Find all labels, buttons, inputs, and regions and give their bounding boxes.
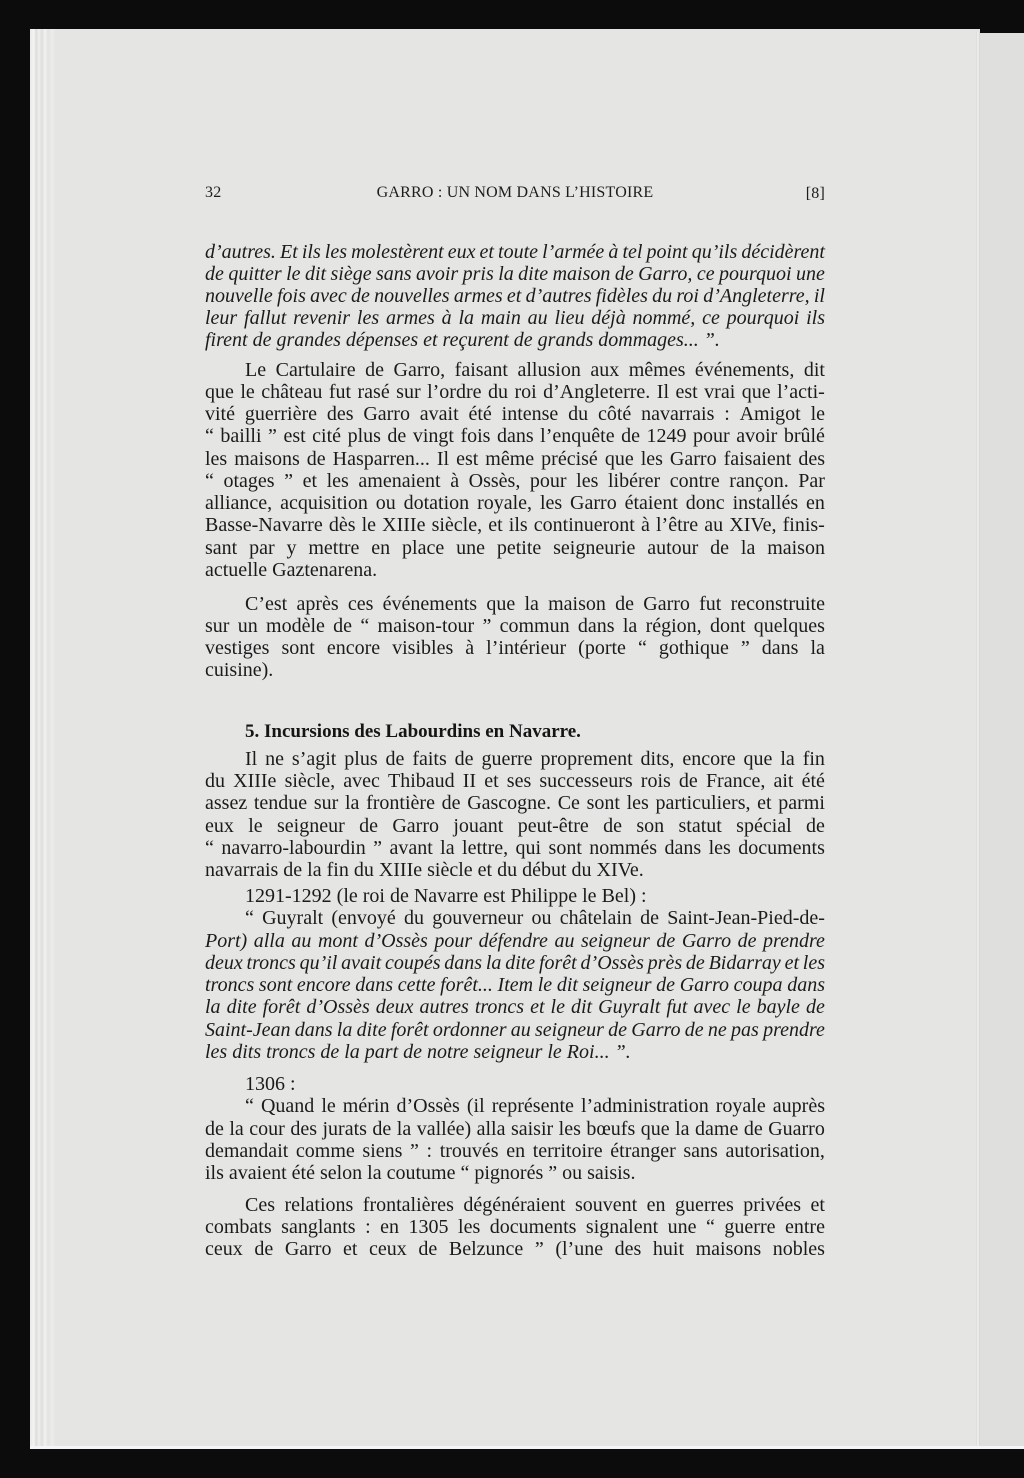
- quote-line: nouvellefoisavecdenouvellesarmesetd’autr…: [205, 285, 825, 307]
- text-line: ils avaient été selon la coutume “ pigno…: [205, 1162, 825, 1184]
- quote-line: d’autres.Etilslesmolestèrenteuxettoutel’…: [205, 241, 825, 263]
- text-line: navarrais de la fin du XIIIe siècle et d…: [205, 859, 825, 881]
- text-line: “Quandlemérind’Ossès(ilreprésentel’admin…: [245, 1095, 825, 1117]
- quote-line: leurfallutrevenirlesarmesàlamainaulieudé…: [205, 307, 825, 329]
- facing-page-edge: [980, 33, 1024, 1447]
- text-line: lesmaisonsdeHasparren...Ilestmêmeprécisé…: [205, 448, 825, 470]
- text-line: “navarro-labourdin”avantlalettre,quisont…: [205, 837, 825, 859]
- section-heading: 5. Incursions des Labourdins en Navarre.: [245, 721, 581, 743]
- text-line: ceuxdeGarroetceuxdeBelzunce”(l’unedeshui…: [205, 1238, 825, 1260]
- text-line: combatssanglants:en1305lesdocumentssigna…: [205, 1216, 825, 1238]
- text-line: Basse-NavarredèsleXIIIesiècle,etilsconti…: [205, 514, 825, 536]
- text-line: euxleseigneurdeGarrojouantpeut-êtredeson…: [205, 815, 825, 837]
- text-line: les dits troncs de la part de notre seig…: [205, 1041, 825, 1063]
- running-head: 32 GARRO : UN NOM DANS L’HISTOIRE [8]: [205, 184, 825, 208]
- text-line: Ilnes’agitplusdefaitsdeguerreproprementd…: [245, 748, 825, 770]
- text-line: “otages”etlesamenaientàOssès,pourleslibé…: [205, 470, 825, 492]
- text-line: Saint-Jeandansladiteforêtordonnerauseign…: [205, 1019, 825, 1041]
- text-line: vitéguerrièredesGarroavaitétéintenseducô…: [205, 403, 825, 425]
- text-line: demandaitcommesiens”:trouvésenterritoire…: [205, 1140, 825, 1162]
- page-bottom-edge: [30, 1446, 1024, 1449]
- text-line: C’estaprèscesévénementsquelamaisondeGarr…: [245, 593, 825, 615]
- text-line: alliance,acquisitionoudotationroyale,les…: [205, 492, 825, 514]
- text-line: vestigessontencorevisiblesàl’intérieur(p…: [205, 637, 825, 659]
- text-line: actuelle Gaztenarena.: [205, 559, 825, 581]
- text-line: quelechâteaufutrasésurl’ordreduroid’Angl…: [205, 381, 825, 403]
- text-line: laditeforêtd’Ossèsdeuxautrestroncsetledi…: [205, 996, 825, 1018]
- text-line: Cesrelationsfrontalièresdégénéraientsouv…: [245, 1194, 825, 1216]
- text-line: troncssontencoredanscetteforêt...Itemled…: [205, 974, 825, 996]
- text-line: santparymettreenplaceunepetiteseigneurie…: [205, 537, 825, 559]
- text-line: “Guyralt(envoyédugouverneurouchâtelainde…: [245, 907, 825, 929]
- quote-line: firent de grandes dépenses et reçurent d…: [205, 329, 825, 351]
- text-line: Port)allaaumontd’Ossèspourdéfendreauseig…: [205, 930, 825, 952]
- text-line: duXIIIesiècle,avecThibaudIIetsessuccesse…: [205, 770, 825, 792]
- entry-date-line: 1306 :: [245, 1073, 825, 1095]
- quote-line: dequitterleditsiègesansavoirprisladitema…: [205, 263, 825, 285]
- text-line: deuxtroncsqu’ilavaitcoupésdansladiteforê…: [205, 952, 825, 974]
- text-line: asseztenduesurlafrontièredeGascogne.Ceso…: [205, 792, 825, 814]
- section-ref: [8]: [806, 185, 825, 203]
- text-line: “bailli”estcitéplusdevingtfoisdansl’enqu…: [205, 425, 825, 447]
- running-title: GARRO : UN NOM DANS L’HISTOIRE: [205, 184, 825, 202]
- entry-date-line: 1291-1292 (le roi de Navarre est Philipp…: [245, 885, 825, 907]
- text-line: delacourdesjuratsdelavallée)allasaisirle…: [205, 1118, 825, 1140]
- text-line: surunmodèlede“maison-tour”commundanslaré…: [205, 615, 825, 637]
- text-line: cuisine).: [205, 659, 825, 681]
- text-line: LeCartulairedeGarro,faisantallusionauxmê…: [245, 359, 825, 381]
